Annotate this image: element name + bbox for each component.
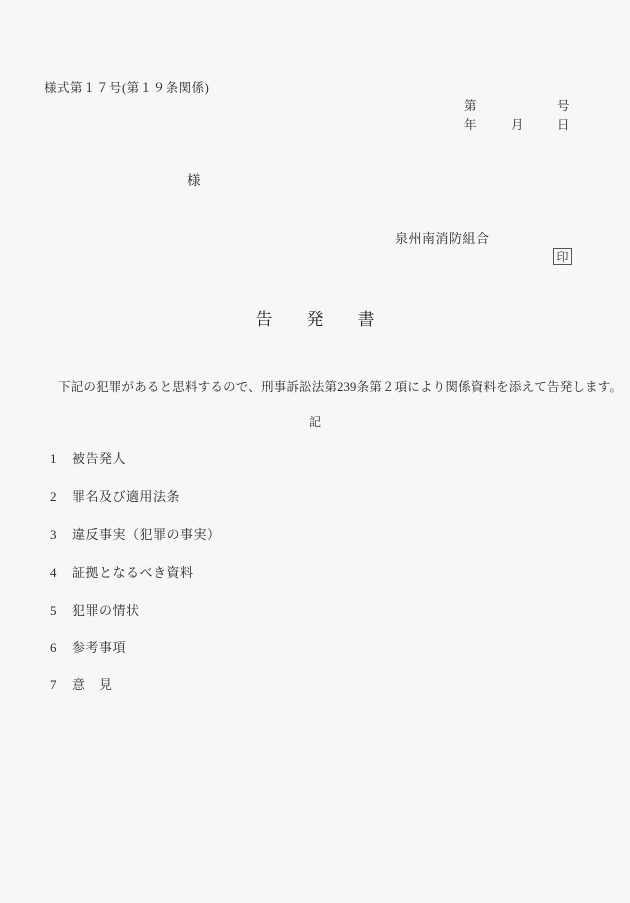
- list-item: 7意 見: [50, 678, 113, 691]
- item-label: 罪名及び適用法条: [72, 489, 180, 504]
- item-label: 被告発人: [72, 451, 126, 466]
- addressee-honorific: 様: [187, 174, 201, 188]
- sender-organization: 泉州南消防組合: [395, 232, 490, 245]
- item-number: 3: [50, 528, 72, 541]
- item-number: 5: [50, 604, 72, 617]
- document-title: 告 発 書: [0, 311, 630, 328]
- item-label: 証拠となるべき資料: [72, 565, 194, 580]
- list-item: 1被告発人: [50, 452, 126, 465]
- doc-number-prefix: 第: [464, 100, 477, 113]
- item-number: 6: [50, 641, 72, 654]
- list-item: 5犯罪の情状: [50, 604, 140, 617]
- item-number: 4: [50, 566, 72, 579]
- item-label: 意 見: [72, 677, 113, 692]
- date-month-label: 月: [511, 119, 524, 132]
- list-item: 3違反事実（犯罪の事実）: [50, 528, 221, 541]
- item-number: 2: [50, 490, 72, 503]
- item-number: 1: [50, 452, 72, 465]
- form-number-label: 様式第１７号(第１９条関係): [44, 82, 209, 95]
- document-page: 様式第１７号(第１９条関係) 第 号 年 月 日 様 泉州南消防組合 印 告 発…: [0, 0, 630, 903]
- title-char-3: 書: [358, 311, 375, 328]
- list-item: 6参考事項: [50, 641, 126, 654]
- title-char-2: 発: [307, 311, 324, 328]
- item-label: 犯罪の情状: [72, 603, 140, 618]
- list-item: 4証拠となるべき資料: [50, 566, 194, 579]
- list-item: 2罪名及び適用法条: [50, 490, 180, 503]
- seal-placeholder-box: 印: [553, 248, 572, 265]
- section-marker-ki: 記: [0, 416, 630, 428]
- seal-character: 印: [556, 251, 568, 263]
- item-label: 違反事実（犯罪の事実）: [72, 527, 221, 542]
- title-char-1: 告: [256, 311, 273, 328]
- item-number: 7: [50, 678, 72, 691]
- doc-number-suffix: 号: [557, 100, 570, 113]
- item-label: 参考事項: [72, 640, 126, 655]
- date-day-label: 日: [557, 119, 570, 132]
- date-year-label: 年: [464, 119, 477, 132]
- body-paragraph: 下記の犯罪があると思料するので、刑事訴訟法第239条第２項により関係資料を添えて…: [58, 381, 622, 394]
